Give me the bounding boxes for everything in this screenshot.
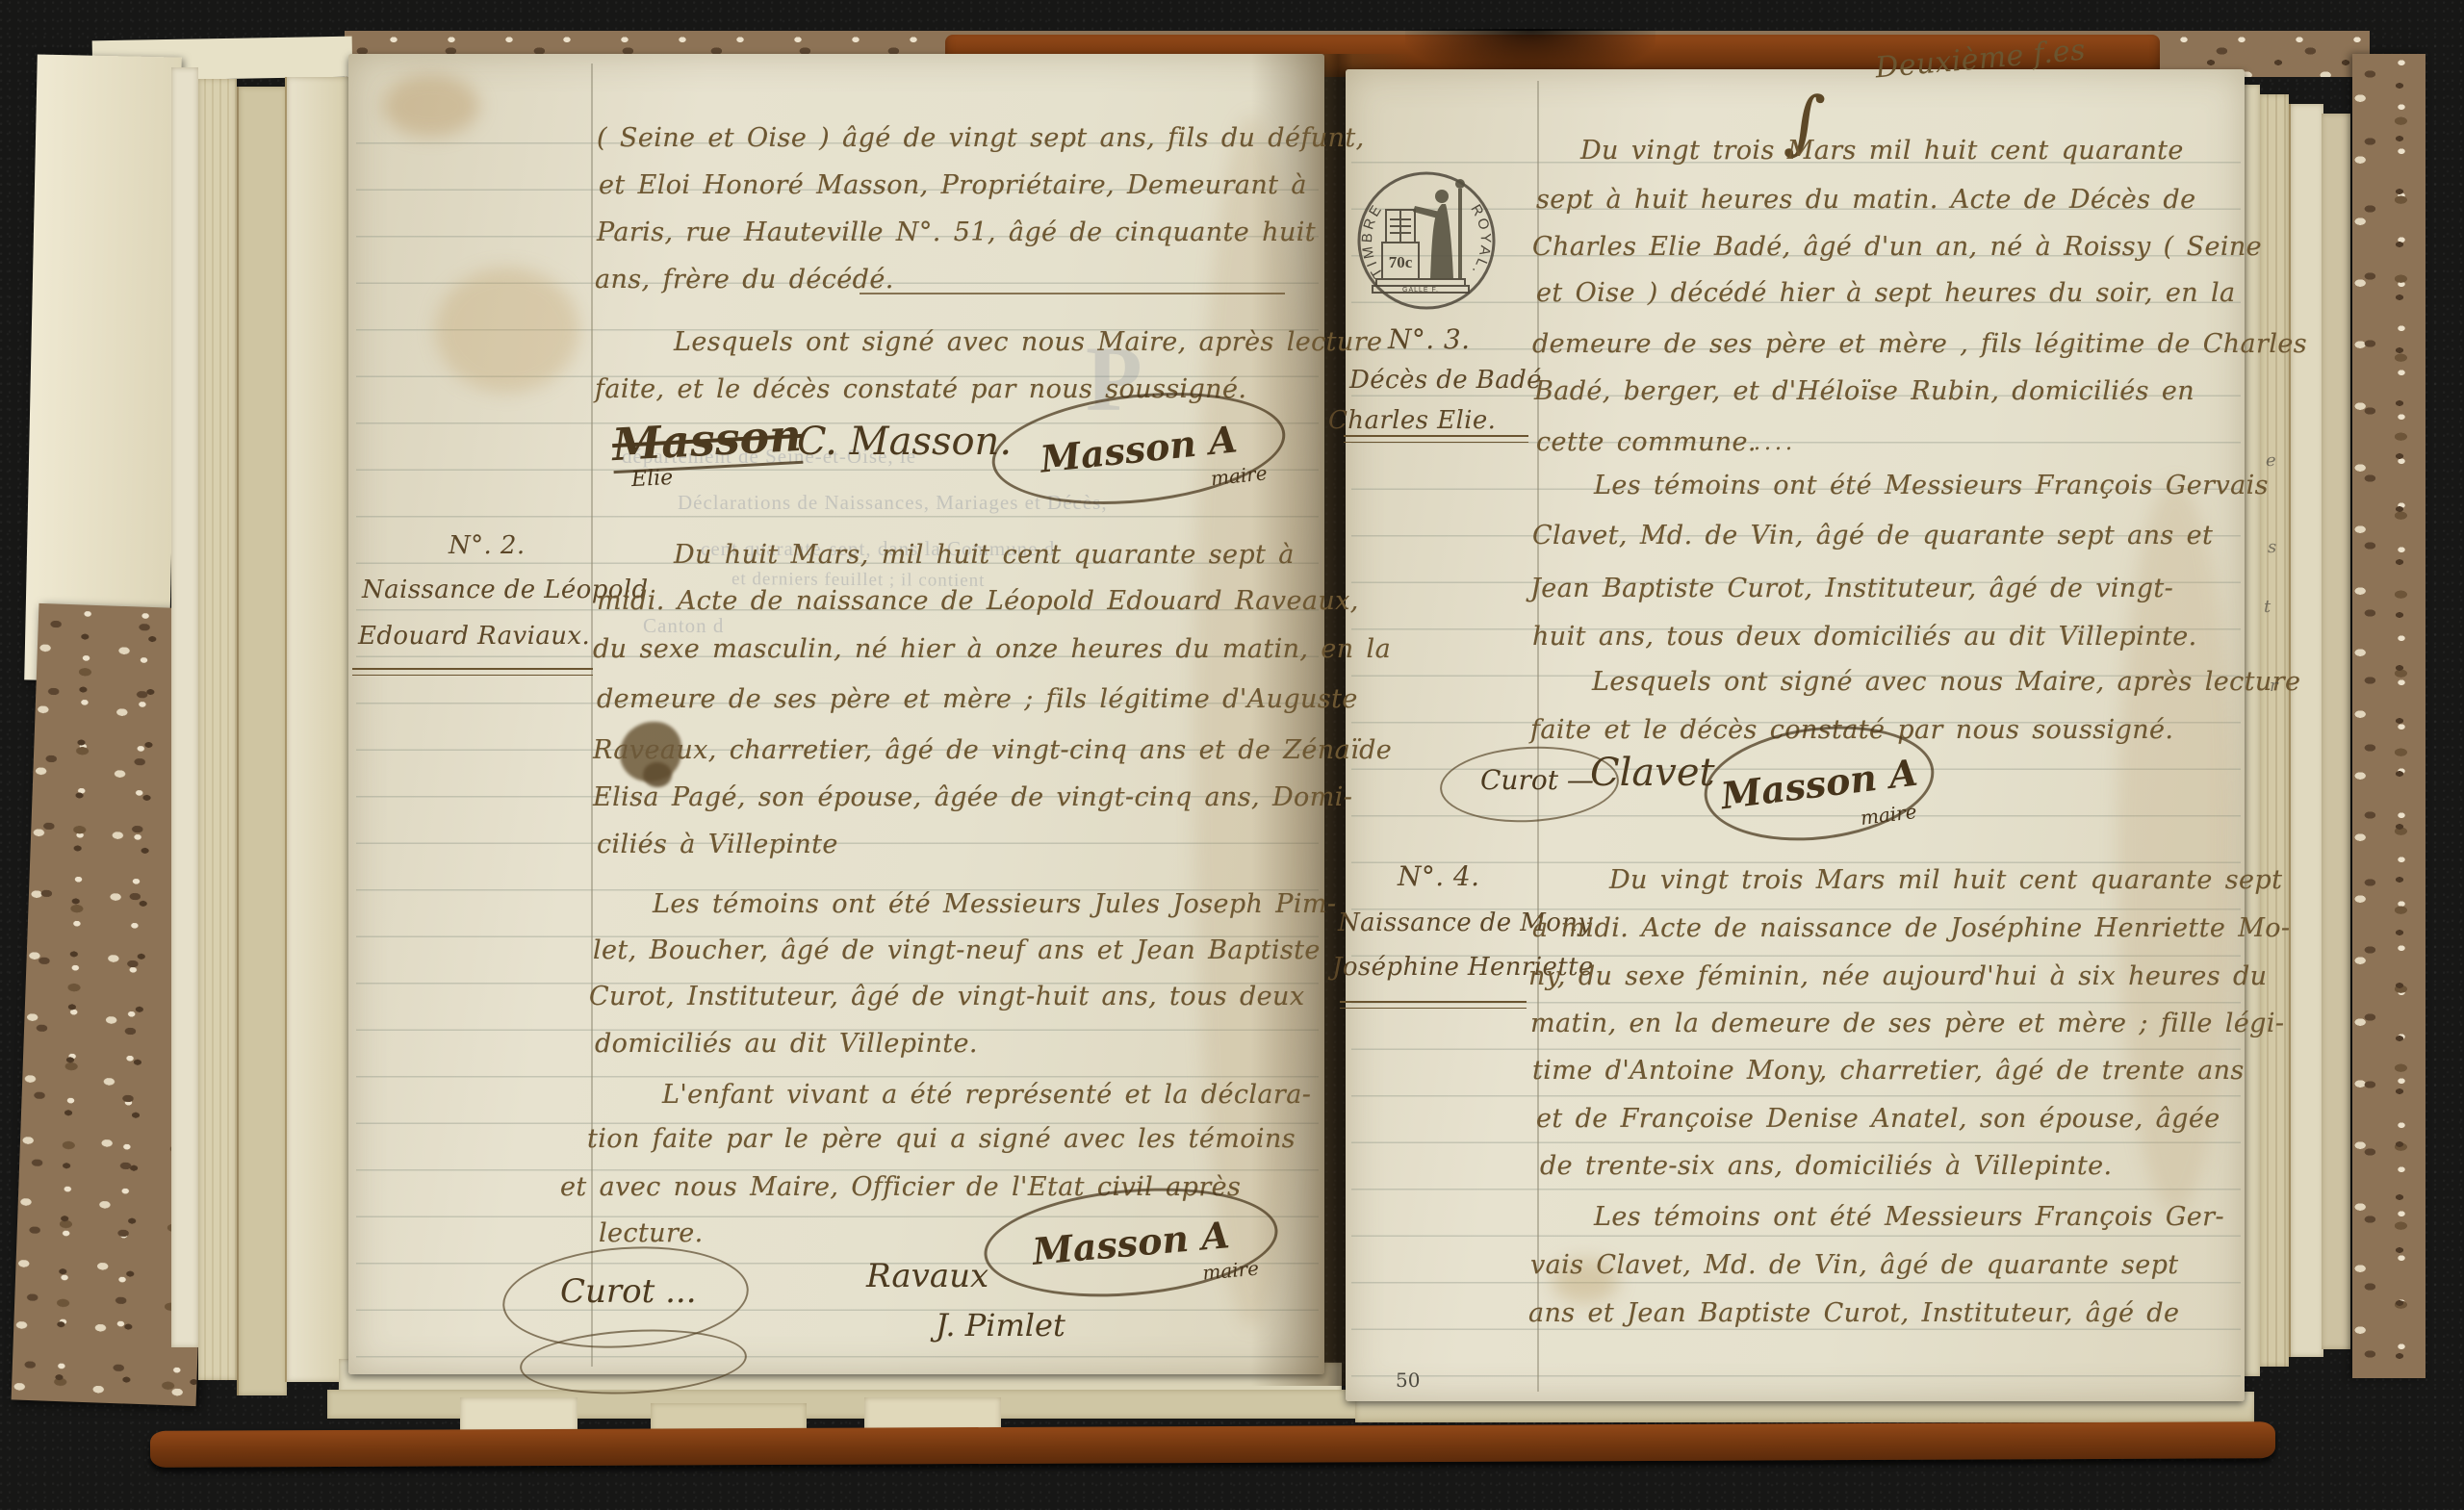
signature-witness-clavet: Clavet: [1590, 751, 1715, 795]
signature-witness-curot: Curot —: [1480, 764, 1594, 796]
signature-father-ravaux: Ravaux: [866, 1257, 988, 1295]
handwritten-line: L'enfant vivant a été représenté et la d…: [662, 1080, 1311, 1110]
signature-witness-c-masson: C. Masson.: [797, 420, 1012, 464]
handwritten-line: midi. Acte de naissance de Léopold Edoua…: [597, 586, 1359, 616]
handwritten-line: et Eloi Honoré Masson, Propriétaire, Dem…: [599, 170, 1307, 200]
page-stack-left-3: [237, 87, 287, 1395]
handwritten-line: et de Françoise Denise Anatel, son épous…: [1536, 1104, 2220, 1134]
handwritten-line: Clavet, Md. de Vin, âgé de quarante sept…: [1532, 521, 2213, 550]
page-stack-left-2: [198, 79, 237, 1380]
stamp-figure-allegory: [1413, 179, 1465, 279]
page-stack-right-3: [2289, 104, 2323, 1357]
handwritten-line: Lesquels ont signé avec nous Maire, aprè…: [674, 327, 1382, 357]
handwritten-line: vais Clavet, Md. de Vin, âgé de quarante…: [1530, 1250, 2179, 1280]
page-stack-right-4: [2322, 114, 2350, 1349]
handwritten-line: à midi. Acte de naissance de Joséphine H…: [1532, 913, 2290, 943]
fore-edge-letter: t: [2264, 597, 2271, 617]
handwritten-line: huit ans, tous deux domiciliés au dit Vi…: [1532, 622, 2197, 652]
handwritten-line: demeure de ses père et mère , fils légit…: [1532, 329, 2307, 359]
margin-double-rule: [1340, 1001, 1527, 1009]
signature-witness-masson-elie: Masson Elie: [611, 409, 803, 471]
stamp-engraver: GALLE F.: [1402, 287, 1439, 294]
foxing-stain: [383, 75, 479, 137]
page-stack-left-4: [285, 77, 352, 1382]
handwritten-line: matin, en la demeure de ses père et mère…: [1530, 1009, 2284, 1038]
handwritten-line: Du vingt trois Mars mil huit cent quaran…: [1609, 865, 2282, 895]
handwritten-line: lecture.: [599, 1218, 704, 1248]
handwritten-line: Du huit Mars, mil huit cent quarante sep…: [674, 540, 1295, 570]
marbled-cover-right: [2352, 54, 2425, 1378]
signature-witness-pimlet: J. Pimlet: [936, 1307, 1065, 1344]
handwritten-line: Elisa Pagé, son épouse, âgée de vingt-ci…: [593, 782, 1352, 812]
handwritten-line: Badé, berger, et d'Héloïse Rubin, domici…: [1534, 376, 2194, 406]
closing-rule: [860, 293, 1285, 294]
signature-mayor-title: maire: [1201, 1257, 1260, 1285]
margin-act-title: Edouard Raviaux.: [358, 622, 590, 651]
signature-subscript: Elie: [630, 466, 673, 492]
margin-act-number: N°. 4.: [1398, 860, 1479, 892]
handwritten-line: let, Boucher, âgé de vingt-neuf ans et J…: [593, 935, 1321, 965]
handwritten-line: Charles Elie Badé, âgé d'un an, né à Roi…: [1532, 232, 2262, 262]
stamp-arc-right-text: ROYAL.: [1467, 202, 1494, 280]
svg-text:ROYAL.: ROYAL.: [1467, 202, 1494, 280]
page-stack-left-1: [171, 67, 198, 1347]
handwritten-line: Lesquels ont signé avec nous Maire, aprè…: [1592, 667, 2300, 697]
page-number: 50: [1396, 1369, 1420, 1392]
stamp-timbre-royal: TIMBRE ROYAL. 70c GALLE F.: [1353, 160, 1500, 321]
margin-line-left-page: [591, 64, 593, 1367]
handwritten-line: Jean Baptiste Curot, Instituteur, âgé de…: [1530, 574, 2173, 603]
signature-mayor: Masson A: [1039, 417, 1240, 480]
handwritten-line: ciliés à Villepinte: [597, 830, 838, 859]
cover-edge-left-cream: [24, 55, 182, 683]
page-stack-right-1: [2245, 85, 2260, 1376]
handwritten-line: de trente-six ans, domiciliés à Villepin…: [1540, 1151, 2112, 1181]
margin-double-rule: [1344, 435, 1528, 443]
signature-witness-curot: Curot ...: [560, 1272, 697, 1311]
margin-act-number: N°. 3.: [1388, 323, 1470, 355]
stamp-value: 70c: [1389, 253, 1413, 271]
handwritten-line: ( Seine et Oise ) âgé de vingt sept ans,…: [597, 123, 1365, 153]
handwritten-line: ans, frère du décédé.: [595, 265, 894, 294]
foxing-stain: [435, 268, 579, 393]
handwritten-line: Paris, rue Hauteville N°. 51, âgé de cin…: [597, 218, 1316, 247]
page-stack-right-2: [2260, 94, 2289, 1367]
handwritten-line: Du vingt trois Mars mil huit cent quaran…: [1580, 136, 2184, 166]
handwritten-line: ans et Jean Baptiste Curot, Instituteur,…: [1528, 1298, 2179, 1328]
handwritten-line: cette commune.: [1536, 427, 1757, 457]
margin-double-rule: [352, 668, 593, 676]
margin-act-title: Charles Elie.: [1328, 406, 1496, 435]
handwritten-line: ny, du sexe féminin, née aujourd'hui à s…: [1528, 961, 2267, 991]
register-photo-stage: P département de Seine-et-Oise, le Décla…: [0, 0, 2464, 1510]
fore-edge-letter: r: [2270, 676, 2278, 696]
handwritten-line: et Oise ) décédé hier à sept heures du s…: [1536, 278, 2236, 308]
handwritten-line: Les témoins ont été Messieurs François G…: [1594, 1202, 2224, 1232]
handwritten-line: sept à huit heures du matin. Acte de Déc…: [1536, 185, 2195, 215]
margin-act-title: Décès de Badé: [1349, 366, 1542, 395]
handwritten-line: tion faite par le père qui a signé avec …: [587, 1124, 1296, 1154]
fore-edge-letter: e: [2266, 450, 2276, 471]
ink-blot: [643, 762, 672, 787]
handwritten-line: demeure de ses père et mère ; fils légit…: [597, 684, 1358, 714]
fore-edge-letter: s: [2268, 537, 2276, 557]
handwritten-line: Les témoins ont été Messieurs François G…: [1594, 471, 2269, 500]
handwritten-line: du sexe masculin, né hier à onze heures …: [593, 634, 1391, 664]
margin-act-number: N°. 2.: [449, 531, 526, 560]
handwritten-dots: ....: [1754, 431, 1796, 455]
handwritten-line: Raveaux, charretier, âgé de vingt-cinq a…: [593, 735, 1392, 765]
handwritten-line: domiciliés au dit Villepinte.: [595, 1029, 978, 1059]
handwritten-line: Les témoins ont été Messieurs Jules Jose…: [653, 889, 1336, 919]
handwritten-line: Curot, Instituteur, âgé de vingt-huit an…: [589, 982, 1304, 1011]
handwritten-line: time d'Antoine Mony, charretier, âgé de …: [1532, 1056, 2245, 1086]
stamp-figure: [1373, 210, 1469, 293]
